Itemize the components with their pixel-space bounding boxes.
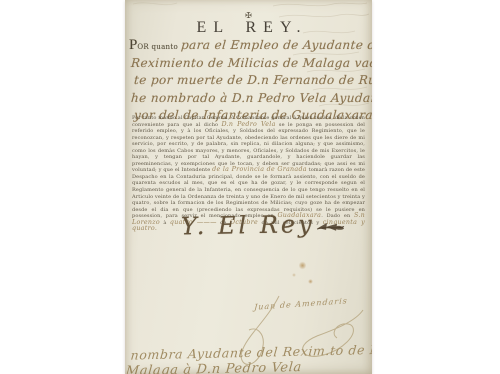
auction-photo-of-royal-decree: ✠ EL REY. POR quantopara el Empleo de Ay…	[0, 0, 500, 374]
printed-text-run: à	[160, 220, 170, 226]
manuscript-document: ✠ EL REY. POR quantopara el Empleo de Ay…	[125, 0, 372, 374]
handwritten-insert: D.n Pedro Vela	[221, 121, 275, 128]
printed-lead: OR quanto	[137, 39, 178, 57]
royal-signature-text: Y. El Rey	[181, 210, 315, 240]
signature-flourish-blob	[316, 212, 344, 240]
manuscript-line: POR quantopara el Empleo de Ayudante del	[129, 37, 368, 55]
docket-annotation: Malaga à D.n Pedro Vela	[125, 360, 302, 374]
manuscript-line: Reximiento de Milicias de Malaga vacan-	[128, 55, 368, 73]
foxing-stain	[308, 279, 313, 284]
manuscript-opening-block: POR quantopara el Empleo de Ayudante del…	[129, 37, 368, 125]
decree-title: EL REY.	[125, 19, 372, 37]
handwritten-insert: de la Provincia de Granada	[212, 166, 307, 173]
royal-signature: Y. El Rey	[181, 210, 345, 243]
foxing-stain	[299, 261, 306, 270]
manuscript-line: he nombrado à D.n Pedro Vela Ayudante ma…	[128, 90, 368, 108]
handwritten-text: para el Empleo de Ayudante del	[180, 37, 372, 55]
manuscript-line: te por muerte de D.n Fernando de Rueda;	[128, 72, 368, 90]
foxing-stain	[292, 273, 296, 277]
